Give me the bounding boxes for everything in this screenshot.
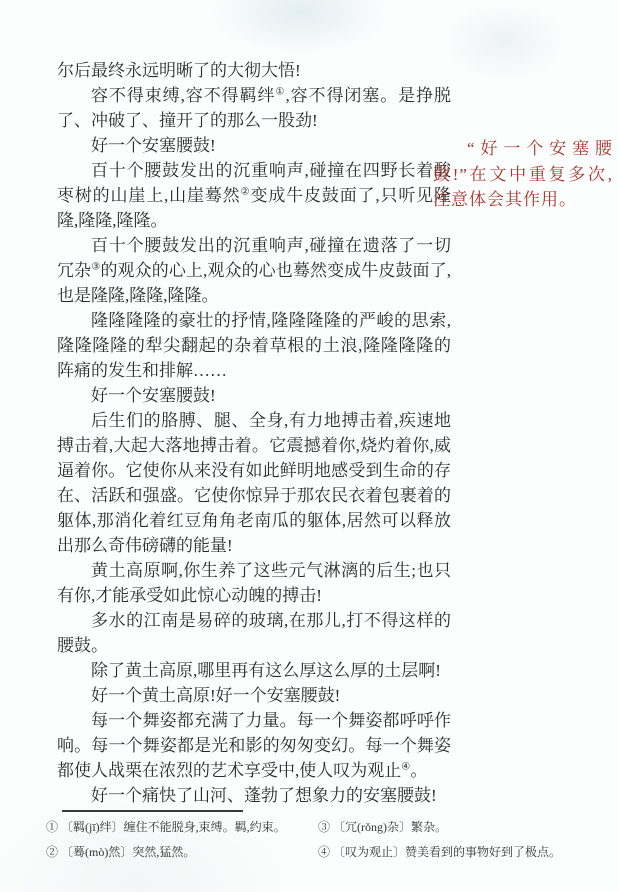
footnote: ① 〔羁(jī)绊〕缠住不能脱身,束缚。羁,约束。 bbox=[46, 815, 318, 840]
paragraph: 容不得束缚,容不得羁绊①,容不得闭塞。是挣脱了、冲破了、撞开了的那么一股劲! bbox=[57, 83, 451, 133]
margin-annotation: “好一个安塞腰鼓!”在文中重复多次,注意体会其作用。 bbox=[433, 136, 613, 213]
footnote: ③ 〔冗(rǒng)杂〕繁杂。 bbox=[318, 815, 608, 840]
paragraph: 隆隆隆隆的豪壮的抒情,隆隆隆隆的严峻的思索,隆隆隆隆的犁尖翻起的杂着草根的土浪,… bbox=[57, 308, 451, 383]
paragraph: 百十个腰鼓发出的沉重响声,碰撞在四野长着酸枣树的山崖上,山崖蓦然②变成牛皮鼓面了… bbox=[57, 158, 451, 233]
textbook-page: 尔后最终永远明晰了的大彻大悟!容不得束缚,容不得羁绊①,容不得闭塞。是挣脱了、冲… bbox=[0, 0, 619, 892]
paragraph: 每一个舞姿都充满了力量。每一个舞姿都呼呼作响。每一个舞姿都是光和影的匆匆变幻。每… bbox=[57, 708, 451, 783]
footnote-ref-marker: ② bbox=[241, 186, 251, 197]
footnote-ref-marker: ① bbox=[275, 86, 285, 97]
paragraph: 多水的江南是易碎的玻璃,在那儿,打不得这样的腰鼓。 bbox=[57, 608, 451, 658]
paragraph: 好一个安塞腰鼓! bbox=[57, 133, 451, 158]
paragraph: 好一个安塞腰鼓! bbox=[57, 383, 451, 408]
paragraph: 百十个腰鼓发出的沉重响声,碰撞在遗落了一切冗杂③的观众的心上,观众的心也蓦然变成… bbox=[57, 233, 451, 308]
footnote-ref-marker: ③ bbox=[91, 261, 100, 272]
paragraph: 好一个痛快了山河、蓬勃了想象力的安塞腰鼓! bbox=[57, 783, 451, 808]
footnote-separator-line bbox=[62, 810, 243, 812]
footnote: ② 〔蓦(mò)然〕突然,猛然。 bbox=[46, 840, 318, 865]
footnotes: ① 〔羁(jī)绊〕缠住不能脱身,束缚。羁,约束。② 〔蓦(mò)然〕突然,猛然… bbox=[46, 815, 608, 865]
body-text: 尔后最终永远明晰了的大彻大悟!容不得束缚,容不得羁绊①,容不得闭塞。是挣脱了、冲… bbox=[57, 58, 451, 808]
paragraph: 后生们的胳膊、腿、全身,有力地搏击着,疾速地搏击着,大起大落地搏击着。它震撼着你… bbox=[57, 408, 451, 558]
footnote-ref-marker: ④ bbox=[401, 761, 410, 772]
paragraph: 黄土高原啊,你生养了这些元气淋漓的后生;也只有你,才能承受如此惊心动魄的搏击! bbox=[57, 558, 451, 608]
paragraph: 尔后最终永远明晰了的大彻大悟! bbox=[57, 58, 451, 83]
paragraph: 除了黄土高原,哪里再有这么厚这么厚的土层啊! bbox=[57, 658, 451, 683]
footnote-column-left: ① 〔羁(jī)绊〕缠住不能脱身,束缚。羁,约束。② 〔蓦(mò)然〕突然,猛然… bbox=[46, 815, 318, 865]
paragraph: 好一个黄土高原!好一个安塞腰鼓! bbox=[57, 683, 451, 708]
footnote: ④ 〔叹为观止〕赞美看到的事物好到了极点。 bbox=[318, 840, 608, 865]
footnote-column-right: ③ 〔冗(rǒng)杂〕繁杂。④ 〔叹为观止〕赞美看到的事物好到了极点。 bbox=[318, 815, 608, 865]
